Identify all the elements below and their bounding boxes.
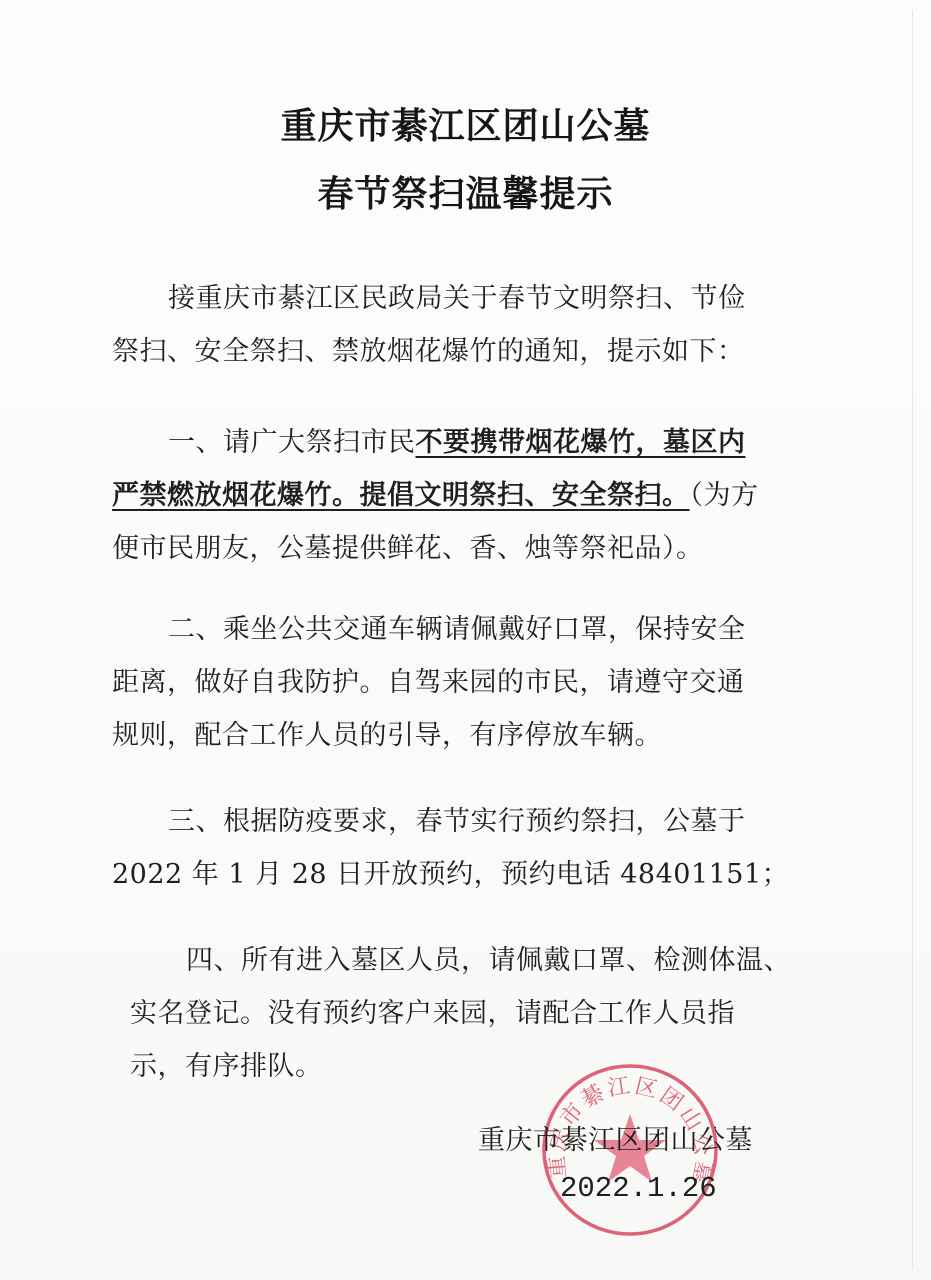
intro-line: 祭扫、安全祭扫、禁放烟花爆竹的通知，提示如下： xyxy=(112,325,812,378)
notice-line: 规则，配合工作人员的引导，有序停放车辆。 xyxy=(112,709,812,762)
notice-line: 示，有序排队。 xyxy=(130,1040,830,1093)
emphasized-text: 不要携带烟花爆竹，墓区内 xyxy=(416,427,746,458)
notice-line: 二、乘坐公共交通车辆请佩戴好口罩，保持安全 xyxy=(112,603,812,656)
emphasized-text: 严禁燃放烟花爆竹。提倡文明祭扫、安全祭扫。 xyxy=(112,480,690,511)
document-page: 重庆市綦江区团山公墓 春节祭扫温馨提示 接重庆市綦江区民政局关于春节文明祭扫、节… xyxy=(0,0,931,1280)
notice-line: 实名登记。没有预约客户来园，请配合工作人员指 xyxy=(130,987,830,1040)
document-subtitle: 春节祭扫温馨提示 xyxy=(0,166,931,217)
notice-line: 便市民朋友，公墓提供鲜花、香、烛等祭祀品）。 xyxy=(112,522,812,575)
notice-item-3: 三、根据防疫要求，春节实行预约祭扫，公墓于 2022 年 1 月 28 日开放预… xyxy=(112,795,812,901)
intro-paragraph: 接重庆市綦江区民政局关于春节文明祭扫、节俭 祭扫、安全祭扫、禁放烟花爆竹的通知，… xyxy=(112,272,812,378)
notice-line: 四、所有进入墓区人员，请佩戴口罩、检测体温、 xyxy=(130,934,830,987)
signature-date: 2022.1.26 xyxy=(560,1172,717,1205)
document-title: 重庆市綦江区团山公墓 xyxy=(0,98,931,149)
notice-line: 三、根据防疫要求，春节实行预约祭扫，公墓于 xyxy=(112,795,812,848)
notice-line: 2022 年 1 月 28 日开放预约，预约电话 48401151； xyxy=(112,848,812,901)
notice-text: 一、请广大祭扫市民 xyxy=(168,427,416,458)
notice-line: 一、请广大祭扫市民不要携带烟花爆竹，墓区内 xyxy=(112,416,812,469)
notice-item-2: 二、乘坐公共交通车辆请佩戴好口罩，保持安全 距离，做好自我防护。自驾来园的市民，… xyxy=(112,603,812,762)
notice-line: 严禁燃放烟花爆竹。提倡文明祭扫、安全祭扫。（为方 xyxy=(112,469,812,522)
notice-text: （为方 xyxy=(690,480,759,511)
signature-organization: 重庆市綦江区团山公墓 xyxy=(478,1118,753,1157)
intro-line: 接重庆市綦江区民政局关于春节文明祭扫、节俭 xyxy=(112,272,812,325)
notice-line: 距离，做好自我防护。自驾来园的市民，请遵守交通 xyxy=(112,656,812,709)
notice-item-1: 一、请广大祭扫市民不要携带烟花爆竹，墓区内 严禁燃放烟花爆竹。提倡文明祭扫、安全… xyxy=(112,416,812,575)
notice-item-4: 四、所有进入墓区人员，请佩戴口罩、检测体温、 实名登记。没有预约客户来园，请配合… xyxy=(130,934,830,1093)
